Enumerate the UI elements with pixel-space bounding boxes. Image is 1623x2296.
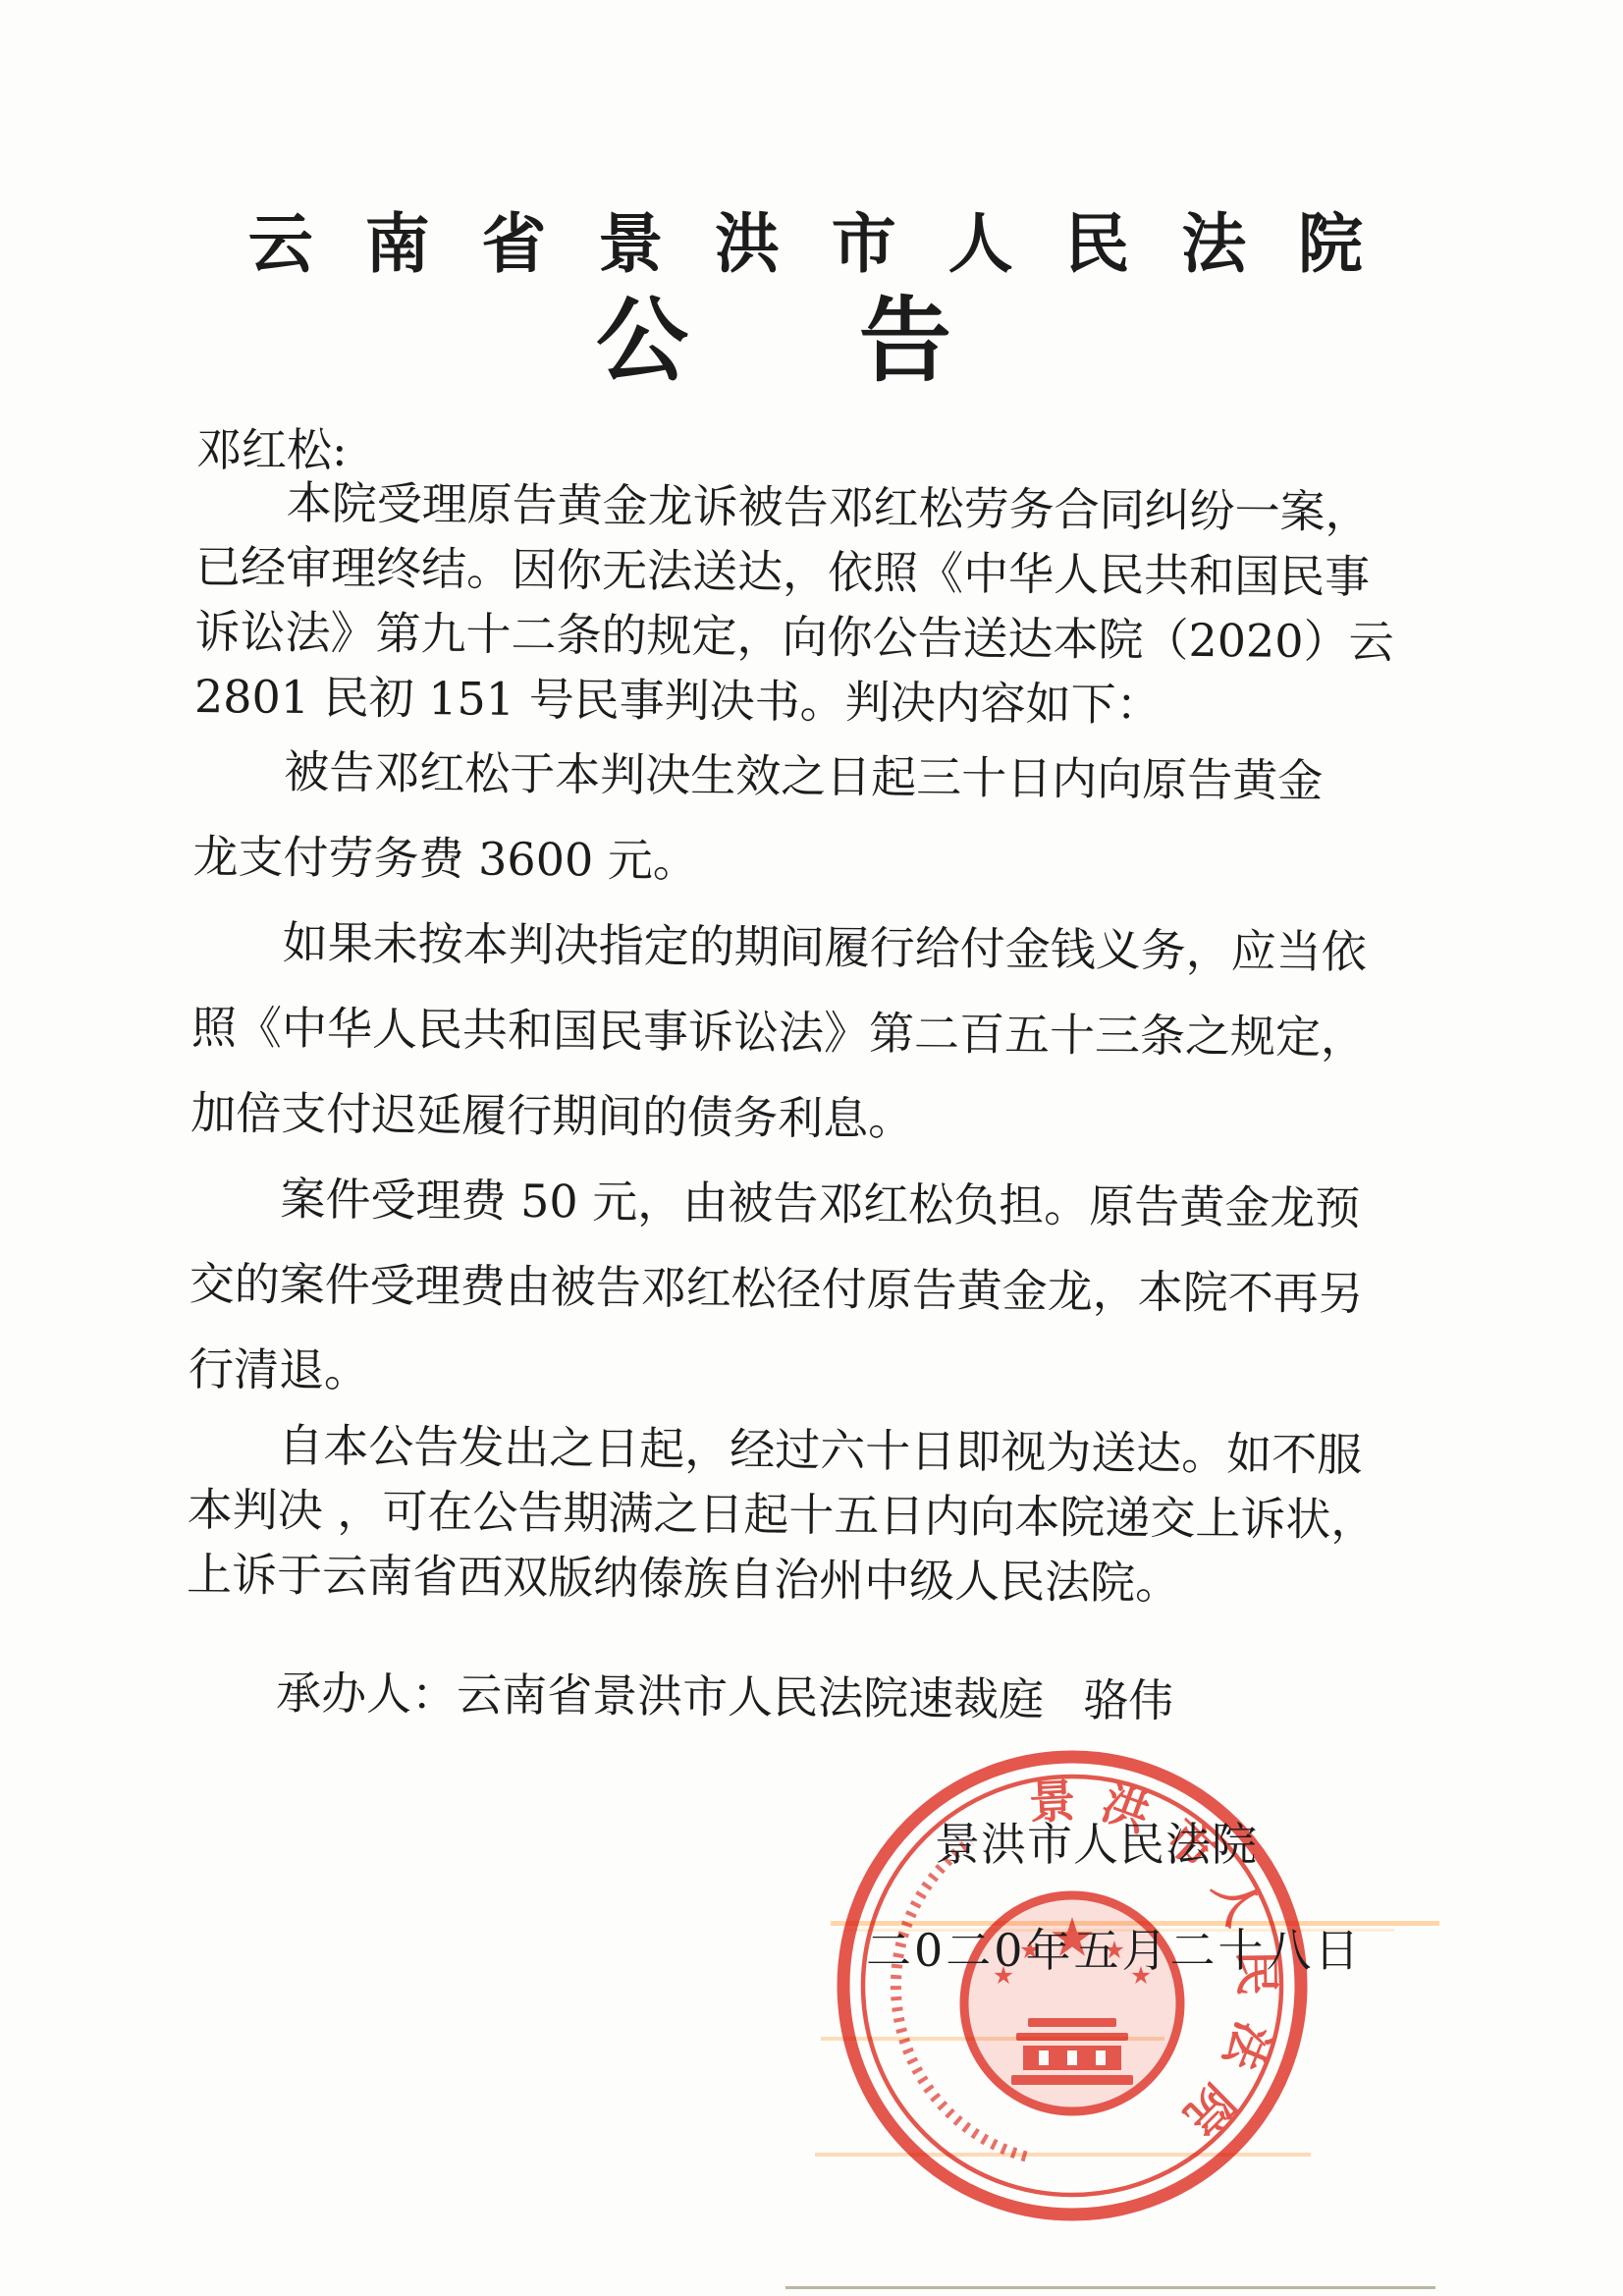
- text-line: 已经审理终结。因你无法送达，依照《中华人民共和国民事: [195, 534, 1355, 609]
- body-paragraph: 自本公告发出之日起，经过六十日即视为送达。如不服本判决 ，可在公告期满之日起十五…: [187, 1412, 1347, 1616]
- text-line: 上诉于云南省西双版纳傣族自治州中级人民法院。: [187, 1542, 1346, 1616]
- text-line: 本院受理原告黄金龙诉被告邓红松劳务合同纠纷一案，: [195, 469, 1355, 544]
- text-line: 案件受理费 50 元，由被告邓红松负担。原告黄金龙预: [189, 1156, 1349, 1251]
- text-line: 本判决 ，可在公告期满之日起十五日内向本院递交上诉状，: [187, 1477, 1346, 1552]
- text-line: 照《中华人民共和国民事诉讼法》第二百五十三条之规定，: [191, 985, 1351, 1080]
- text-line: 交的案件受理费由被告邓红松径付原告黄金龙，本院不再另: [189, 1241, 1348, 1337]
- body-text: 本院受理原告黄金龙诉被告邓红松劳务合同纠纷一案，已经审理终结。因你无法送达，依照…: [186, 469, 1355, 1734]
- text-line: 2801 民初 151 号民事判决书。判决内容如下：: [194, 664, 1354, 738]
- text-line: 自本公告发出之日起，经过六十日即视为送达。如不服: [188, 1412, 1347, 1487]
- text-line: 加倍支付迟延履行期间的债务利息。: [190, 1070, 1350, 1166]
- page-title: 云南省景洪市人民法院: [196, 210, 1351, 278]
- notice-heading: 公告: [196, 291, 1351, 392]
- handler-label: 承办人：: [276, 1667, 457, 1722]
- text-line: 如果未按本判决指定的期间履行给付金钱义务，应当依: [191, 900, 1351, 995]
- body-paragraph: 如果未按本判决指定的期间履行给付金钱义务，应当依照《中华人民共和国民事诉讼法》第…: [190, 900, 1351, 1166]
- body-paragraph: 被告邓红松于本判决生效之日起三十日内向原告黄金龙支付劳务费 3600 元。: [192, 729, 1352, 909]
- body-paragraph: 案件受理费 50 元，由被告邓红松负担。原告黄金龙预交的案件受理费由被告邓红松径…: [189, 1156, 1349, 1422]
- text-line: 行清退。: [189, 1327, 1348, 1422]
- text-line: 诉讼法》第九十二条的规定，向你公告送达本院（2020）云: [194, 599, 1354, 674]
- signature-court-name: 景洪市人民法院: [935, 1809, 1258, 1874]
- handler-name: 骆伟: [1083, 1673, 1173, 1727]
- scanned-court-notice-page: 云南省景洪市人民法院 公告 邓红松: 本院受理原告黄金龙诉被告邓红松劳务合同纠纷…: [0, 0, 1623, 2296]
- handler-office: 云南省景洪市人民法院速裁庭: [457, 1667, 1044, 1725]
- signature-date: 二0二0年五月二十八日: [866, 1915, 1363, 1980]
- scan-edge-line: [785, 2286, 1435, 2289]
- body-paragraph: 本院受理原告黄金龙诉被告邓红松劳务合同纠纷一案，已经审理终结。因你无法送达，依照…: [194, 469, 1355, 738]
- text-line: 龙支付劳务费 3600 元。: [192, 814, 1352, 909]
- text-line: 被告邓红松于本判决生效之日起三十日内向原告黄金: [193, 729, 1353, 824]
- handler-line: 承办人：云南省景洪市人民法院速裁庭骆伟: [186, 1660, 1345, 1734]
